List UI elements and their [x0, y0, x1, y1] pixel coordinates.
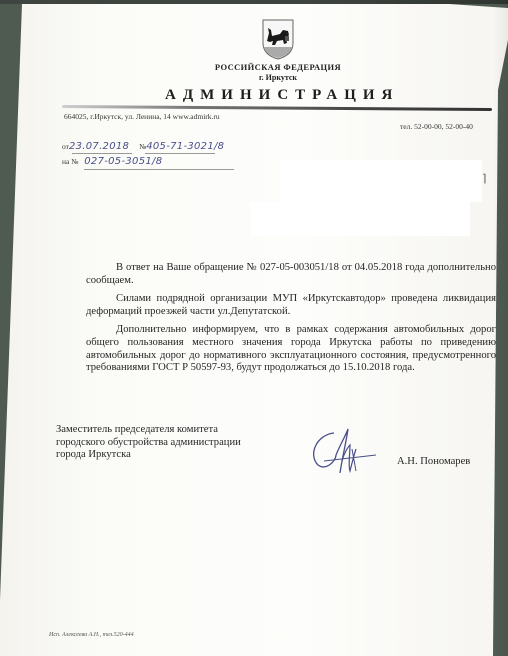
paragraph-2: Силами подрядной организации МУП «Иркутс…: [86, 293, 496, 318]
signatory-name: А.Н. Пономарев: [397, 456, 470, 467]
page-shadow: [494, 0, 508, 656]
irkutsk-coat-of-arms-icon: [260, 17, 296, 61]
reply-to-underline: [84, 169, 234, 170]
scan-edge-top: [0, 0, 508, 4]
phone-text: тел. 52-00-00, 52-00-40: [400, 122, 473, 131]
reply-to-number: 027-05-3051/8: [84, 156, 162, 167]
city-title: г. Иркутск: [253, 73, 303, 82]
reply-to-row: на № 027-05-3051/8: [62, 156, 162, 167]
position-line-1: Заместитель председателя комитета: [56, 424, 241, 437]
number-underline: [145, 153, 215, 154]
outgoing-date: 23.07.2018: [69, 141, 129, 152]
outgoing-number: 405-71-3021/8: [146, 141, 224, 152]
addressee-bracket: ⌉: [482, 172, 486, 185]
date-label: от: [62, 142, 69, 151]
handwritten-signature-icon: [306, 425, 386, 481]
reply-to-label: на №: [62, 157, 78, 166]
addressee-redaction: [280, 160, 482, 202]
executor-info: Исп. Алексеева А.Н., тел.520-444: [49, 632, 134, 638]
signatory-position: Заместитель председателя комитета городс…: [56, 424, 241, 462]
organization-title: АДМИНИСТРАЦИЯ: [165, 87, 385, 104]
address-text: 664025, г.Иркутск, ул. Ленина, 14 www.ad…: [64, 112, 220, 121]
outgoing-date-row: от23.07.2018 №405-71-3021/8: [62, 141, 224, 152]
letter-body: В ответ на Ваше обращение № 027-05-00305…: [86, 262, 496, 375]
paragraph-1: В ответ на Ваше обращение № 027-05-00305…: [86, 262, 496, 287]
addressee-redaction-2: [250, 202, 470, 236]
position-line-3: города Иркутска: [56, 449, 241, 462]
paragraph-3: Дополнительно информируем, что в рамках …: [86, 324, 496, 374]
date-underline: [72, 153, 132, 154]
country-title: РОССИЙСКАЯ ФЕДЕРАЦИЯ: [213, 62, 343, 72]
position-line-2: городского обустройства администрации: [56, 437, 241, 450]
